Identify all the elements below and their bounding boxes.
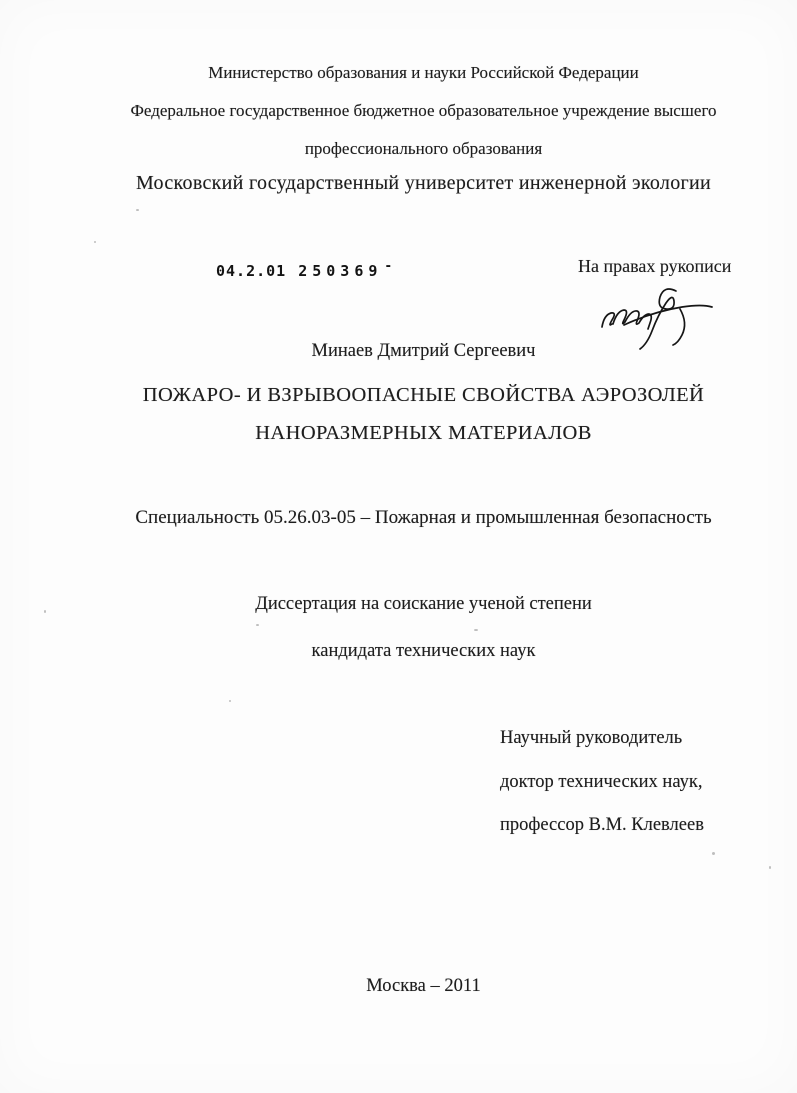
stamp-number: 250369 xyxy=(298,262,382,280)
scan-noise-dot xyxy=(256,624,259,626)
scan-noise-dot xyxy=(136,209,139,211)
city-year-line: Москва – 2011 xyxy=(50,976,797,997)
scan-noise-dot xyxy=(229,700,231,702)
scan-noise-dot xyxy=(474,629,478,631)
degree-statement-line-1: Диссертация на соискание ученой степени xyxy=(50,594,797,615)
scan-noise-dot xyxy=(769,866,771,869)
scan-noise-dot xyxy=(44,610,46,613)
institution-line-1: Федеральное государственное бюджетное об… xyxy=(50,101,797,121)
scan-noise-dot xyxy=(94,241,96,243)
scan-noise-dot xyxy=(712,852,715,855)
supervisor-name: профессор В.М. Клевлеев xyxy=(500,815,704,836)
specialty-line: Специальность 05.26.03-05 – Пожарная и п… xyxy=(50,507,797,529)
ministry-line: Министерство образования и науки Российс… xyxy=(50,63,797,83)
stamp-code: 04.2.01 xyxy=(216,262,286,280)
dissertation-title-line-1: ПОЖАРО- И ВЗРЫВООПАСНЫЕ СВОЙСТВА АЭРОЗОЛ… xyxy=(50,384,797,407)
supervisor-label: Научный руководитель xyxy=(500,728,682,749)
dissertation-title-page: Министерство образования и науки Российс… xyxy=(0,0,797,1093)
degree-statement-line-2: кандидата технических наук xyxy=(50,641,797,662)
stamp-mark: - xyxy=(384,259,392,274)
manuscript-rights-note: На правах рукописи xyxy=(578,256,731,277)
dissertation-title-line-2: НАНОРАЗМЕРНЫХ МАТЕРИАЛОВ xyxy=(50,422,797,445)
supervisor-degree: доктор технических наук, xyxy=(500,772,702,793)
university-name: Московский государственный университет и… xyxy=(50,172,797,195)
accession-stamp: 04.2.01250369- xyxy=(216,259,392,280)
author-name: Минаев Дмитрий Сергеевич xyxy=(50,341,797,362)
institution-line-2: профессионального образования xyxy=(50,139,797,159)
